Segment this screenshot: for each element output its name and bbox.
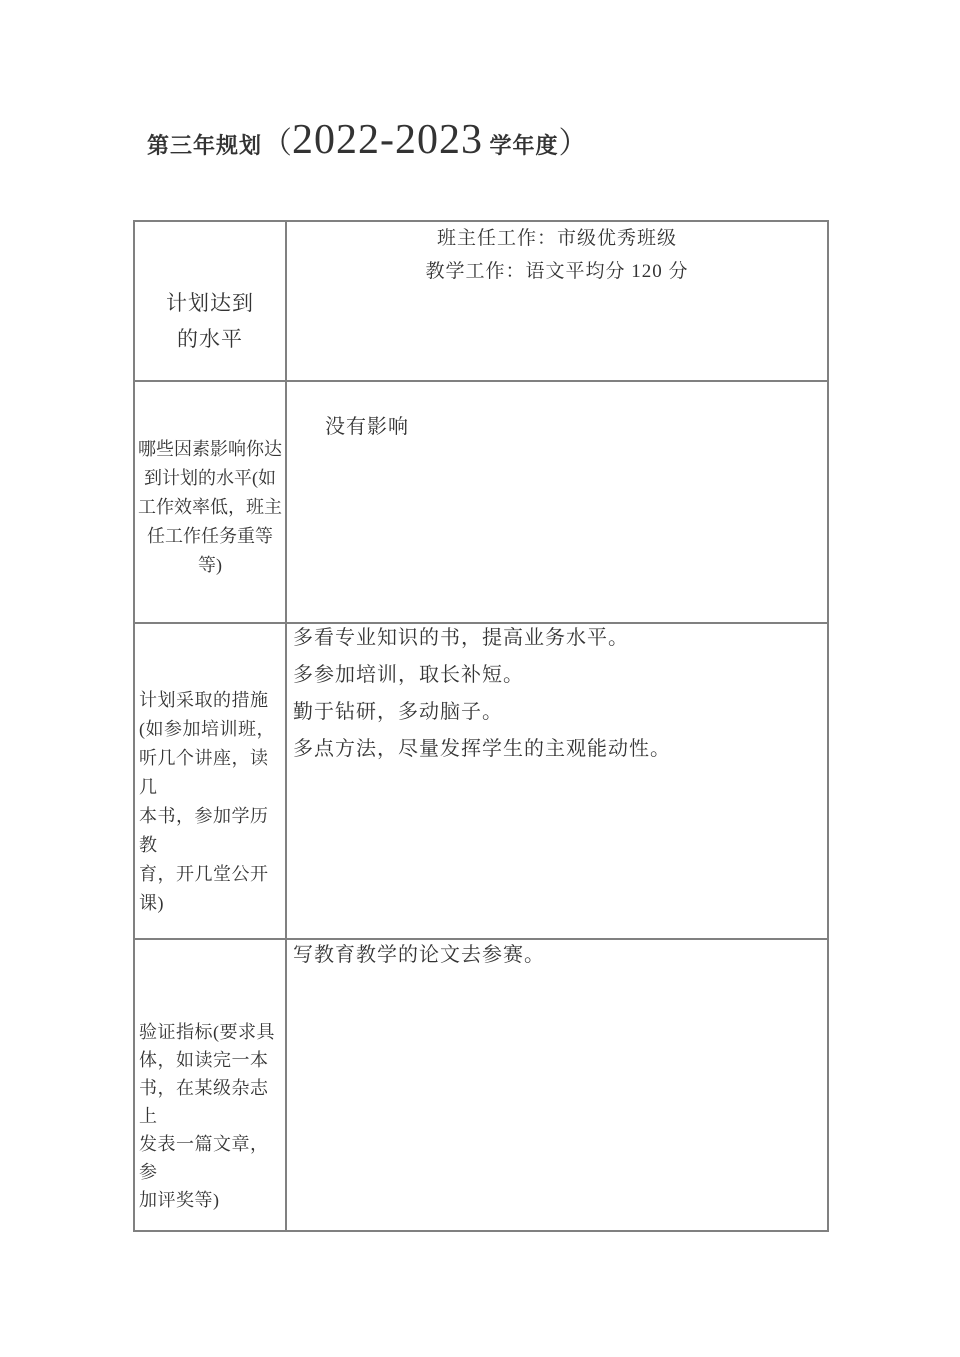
content-line-classteacher-goal: 班主任工作：市级优秀班级 (287, 222, 827, 255)
planning-table: 计划达到 的水平 班主任工作：市级优秀班级 教学工作：语文平均分 120 分 哪… (133, 220, 829, 1232)
content-line-measure-3: 勤于钻研，多动脑子。 (293, 700, 819, 724)
row-content-cell-verification-indicators: 写教育教学的论文去参赛。 (287, 940, 827, 1230)
content-line-no-influence: 没有影响 (325, 415, 821, 439)
row-content-cell-planned-measures: 多看专业知识的书，提高业务水平。 多参加培训，取长补短。 勤于钻研，多动脑子。 … (287, 624, 827, 940)
title-text-suffix: 学年度 (483, 133, 559, 158)
title-text-prefix: 第三年规划 (147, 133, 262, 158)
row-content-cell-influencing-factors: 没有影响 (287, 382, 827, 624)
row-label-planned-level: 计划达到 的水平 (137, 285, 283, 357)
document-title: 第三年规划（2022-2023 学年度） (147, 114, 589, 166)
content-line-indicator-1: 写教育教学的论文去参赛。 (293, 943, 819, 967)
row-label-cell-influencing-factors: 哪些因素影响你达 到计划的水平(如 工作效率低，班主 任工作任务重等 等) (135, 382, 287, 624)
row-label-cell-verification-indicators: 验证指标(要求具 体，如读完一本 书，在某级杂志上 发表一篇文章，参 加评奖等) (135, 940, 287, 1230)
row-label-planned-measures: 计划采取的措施 (如参加培训班， 听几个讲座，读几 本书，参加学历教 育，开几堂… (139, 686, 282, 918)
content-line-measure-4: 多点方法，尽量发挥学生的主观能动性。 (293, 737, 819, 761)
row-label-verification-indicators: 验证指标(要求具 体，如读完一本 书，在某级杂志上 发表一篇文章，参 加评奖等) (139, 1018, 282, 1214)
title-open-paren: （ (262, 127, 292, 160)
row-content-cell-planned-level: 班主任工作：市级优秀班级 教学工作：语文平均分 120 分 (287, 222, 827, 382)
title-school-years: 2022-2023 (292, 117, 483, 163)
title-close-paren: ） (559, 127, 589, 160)
content-line-measure-2: 多参加培训，取长补短。 (293, 663, 819, 687)
row-label-cell-planned-level: 计划达到 的水平 (135, 222, 287, 382)
document-page: { "title": { "prefix": "第三年规划", "open_pa… (0, 0, 960, 1357)
content-line-teaching-goal: 教学工作：语文平均分 120 分 (287, 255, 827, 288)
content-line-measure-1: 多看专业知识的书，提高业务水平。 (293, 626, 819, 650)
row-label-influencing-factors: 哪些因素影响你达 到计划的水平(如 工作效率低，班主 任工作任务重等 等) (138, 435, 282, 580)
row-label-cell-planned-measures: 计划采取的措施 (如参加培训班， 听几个讲座，读几 本书，参加学历教 育，开几堂… (135, 624, 287, 940)
